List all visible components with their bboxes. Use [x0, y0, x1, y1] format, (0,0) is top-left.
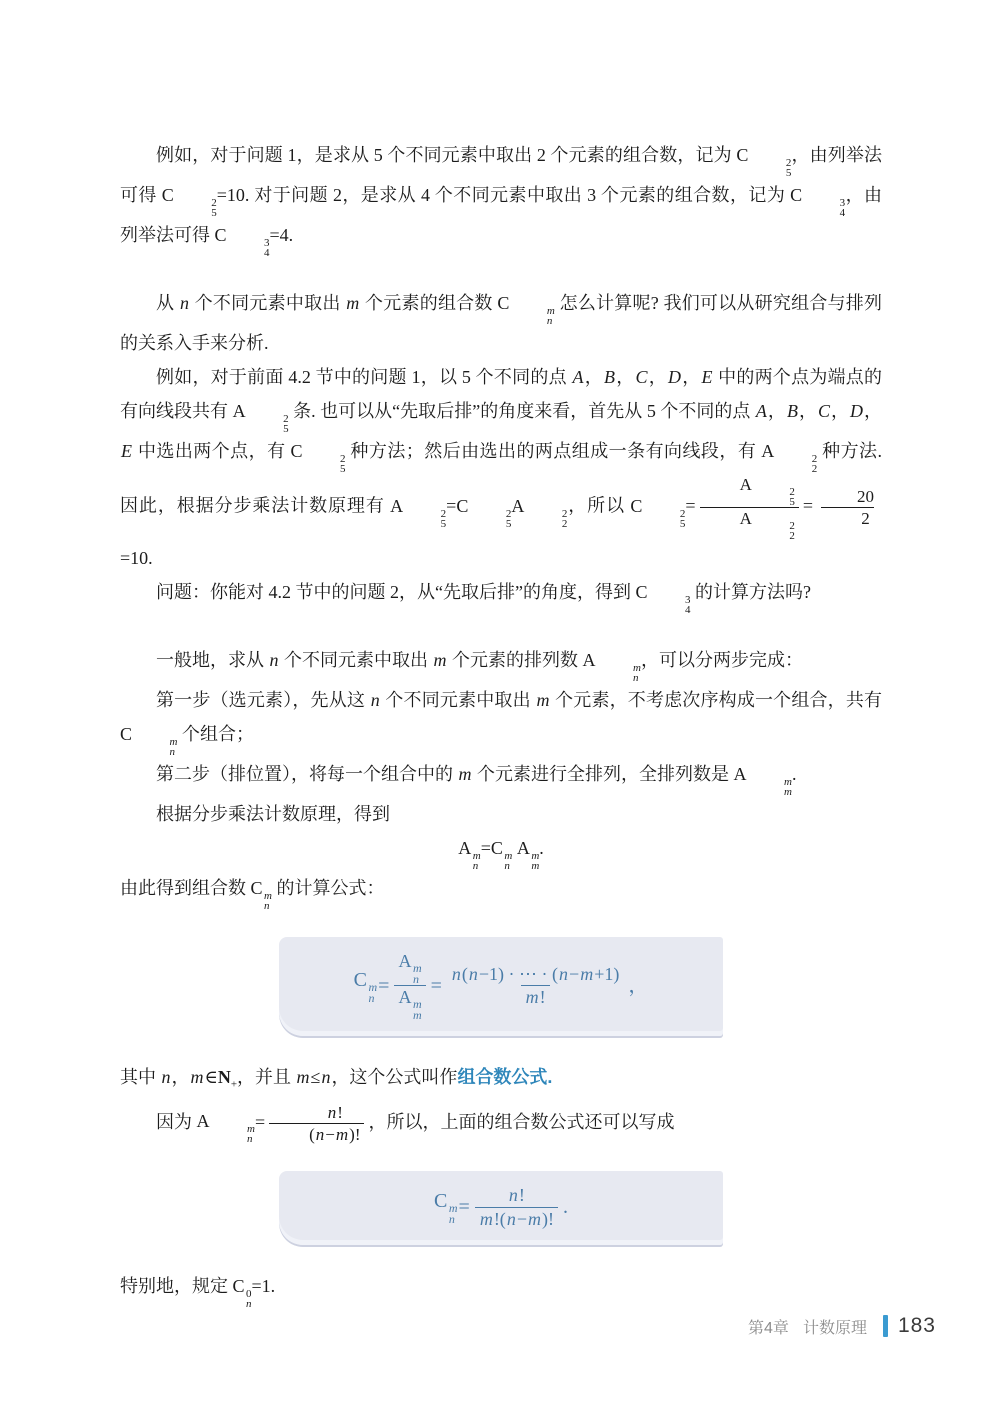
math-symbol: Cmn — [491, 838, 512, 858]
paragraph: 其中 n，m∈N+，并且 m≤n，这个公式叫作组合数公式. — [120, 1060, 882, 1102]
paragraph: 根据分步乘法计数原理，得到 — [120, 797, 882, 831]
math-symbol: Amm — [517, 838, 539, 858]
math-variable: D — [667, 367, 682, 387]
math-variable: C — [634, 367, 648, 387]
paragraph: 例如，对于问题 1，是求从 5 个不同元素中取出 2 个元素的组合数，记为 C2… — [120, 138, 882, 258]
math-fraction: AmnAmm — [394, 950, 425, 1021]
math-symbol: Amn — [197, 1111, 255, 1131]
math-variable: n — [161, 1067, 172, 1087]
math-symbol: A22 — [511, 496, 567, 516]
math-symbol: Amm — [398, 987, 421, 1007]
math-variable: A — [755, 401, 768, 421]
math-symbol: A22 — [740, 509, 795, 528]
paragraph: 一般地，求从 n 个不同元素中取出 m 个元素的排列数 Amn，可以分两步完成： — [120, 643, 882, 683]
page-footer: 第4章 计数原理 183 — [748, 1314, 936, 1338]
math-fraction: n!(n−m)! — [269, 1102, 364, 1146]
math-variable: m — [535, 690, 550, 710]
math-symbol: C0n — [233, 1276, 252, 1296]
math-symbol: Cmn — [434, 1189, 458, 1225]
footer-page-number: 183 — [898, 1314, 936, 1338]
formula-box: Cmn=n!m!(n−m)!. — [279, 1171, 723, 1245]
math-variable: n — [320, 1067, 331, 1087]
math-symbol: Amn — [583, 650, 641, 670]
math-symbol: Amm — [734, 764, 792, 784]
boxed-formula: Cmn=AmnAmm=n(n−1) · ⋯ · (n−m+1)m!， — [354, 950, 649, 1021]
math-variable: n — [315, 1125, 326, 1144]
math-symbol: A22 — [761, 441, 817, 461]
math-variable: C — [817, 401, 831, 421]
math-variable: m — [335, 1125, 349, 1144]
math-variable: m — [458, 764, 473, 784]
math-symbol: C25 — [456, 496, 511, 516]
math-variable: B — [603, 367, 616, 387]
paragraph: 问题：你能对 4.2 节中的问题 2，从“先取后排”的角度，得到 C34 的计算… — [120, 575, 882, 615]
math-symbol: A25 — [740, 475, 795, 494]
math-symbol: Amn — [398, 951, 421, 971]
page-content: 例如，对于问题 1，是求从 5 个不同元素中取出 2 个元素的组合数，记为 C2… — [120, 138, 882, 1309]
paragraph: 例如，对于前面 4.2 节中的问题 1，以 5 个不同的点 A，B，C，D，E … — [120, 360, 882, 575]
math-fraction: 202 — [817, 486, 878, 530]
math-variable: n — [179, 293, 190, 313]
math-fraction: n!m!(n−m)! — [475, 1184, 558, 1230]
math-symbol: A25 — [390, 496, 446, 516]
math-variable: m — [433, 650, 448, 670]
math-variable: B — [786, 401, 799, 421]
paragraph: 因为 Amn=n!(n−m)!，所以，上面的组合数公式还可以写成 — [120, 1102, 882, 1146]
math-symbol: C25 — [290, 441, 345, 461]
math-variable: E — [120, 441, 133, 461]
paragraph: 特别地，规定 C0n=1. — [120, 1269, 882, 1309]
math-variable: m — [525, 987, 540, 1007]
math-symbol: Cmn — [120, 724, 177, 744]
math-variable: A — [572, 367, 585, 387]
footer-section-label: 计数原理 — [803, 1315, 867, 1338]
paragraph: 第一步（选元素），先从这 n 个不同元素中取出 m 个元素，不考虑次序构成一个组… — [120, 683, 882, 757]
math-variable: n — [269, 650, 280, 670]
math-variable: n — [506, 1209, 517, 1229]
math-variable: m — [527, 1209, 542, 1229]
paragraph: 由此得到组合数 Cmn 的计算公式： — [120, 871, 882, 911]
math-variable: m — [296, 1067, 311, 1087]
math-variable: n — [370, 690, 381, 710]
display-equation: Amn=Cmn Amm. — [120, 831, 882, 871]
math-symbol: C25 — [630, 496, 685, 516]
math-symbol: C34 — [215, 225, 270, 245]
boxed-formula: Cmn=n!m!(n−m)!. — [434, 1184, 568, 1230]
math-variable: n — [558, 964, 569, 984]
math-variable: m — [579, 964, 594, 984]
math-symbol: C25 — [162, 185, 217, 205]
math-variable: E — [700, 367, 713, 387]
math-variable: m — [190, 1067, 205, 1087]
math-symbol: C34 — [635, 582, 690, 602]
math-variable: n — [468, 964, 479, 984]
math-symbol: Cmn — [251, 878, 272, 898]
footer-divider-bar — [883, 1315, 888, 1337]
footer-chapter-label: 第4章 — [748, 1315, 789, 1338]
math-symbol: Cmn — [497, 293, 554, 313]
math-symbol: C25 — [736, 145, 791, 165]
paragraph: 第二步（排位置），将每一个组合中的 m 个元素进行全排列，全排列数是 Amm. — [120, 757, 882, 797]
math-symbol: N+ — [218, 1067, 237, 1087]
math-symbol: Cmn — [354, 968, 378, 1004]
formula-box: Cmn=AmnAmm=n(n−1) · ⋯ · (n−m+1)m!， — [279, 937, 723, 1036]
math-symbol: C34 — [790, 185, 845, 205]
math-variable: D — [849, 401, 864, 421]
math-variable: n — [508, 1185, 519, 1205]
textbook-page: 例如，对于问题 1，是求从 5 个不同元素中取出 2 个元素的组合数，记为 C2… — [0, 0, 1000, 1422]
math-variable: m — [345, 293, 360, 313]
math-variable: m — [479, 1209, 494, 1229]
math-symbol: Amn — [458, 838, 480, 858]
highlighted-term: 组合数公式. — [457, 1067, 552, 1087]
paragraph: 从 n 个不同元素中取出 m 个元素的组合数 Cmn 怎么计算呢? 我们可以从研… — [120, 286, 882, 360]
math-variable: n — [451, 964, 462, 984]
math-fraction: n(n−1) · ⋯ · (n−m+1)m! — [447, 963, 623, 1009]
math-variable: n — [327, 1103, 338, 1122]
math-fraction: A25A22 — [700, 474, 799, 541]
math-symbol: A25 — [233, 401, 289, 421]
